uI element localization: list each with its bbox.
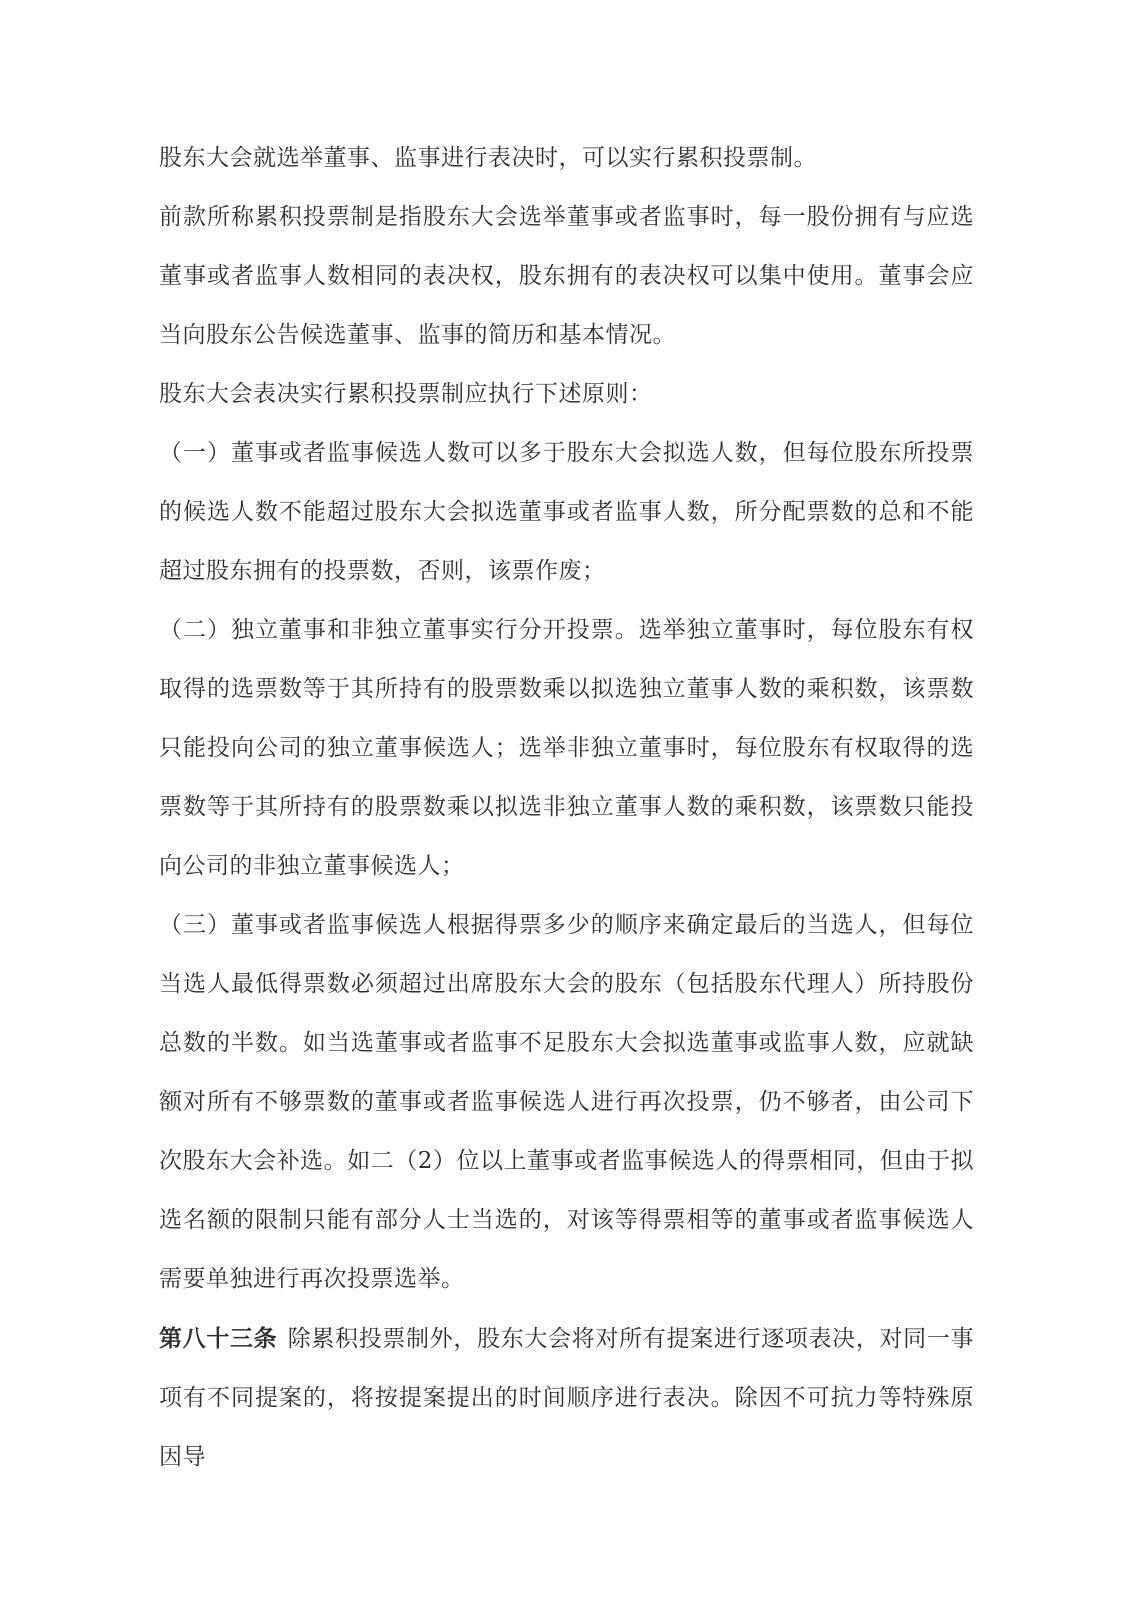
paragraph-cumulative-voting-definition: 前款所称累积投票制是指股东大会选举董事或者监事时，每一股份拥有与应选董事或者监事… <box>159 188 974 365</box>
paragraph-article-83: 第八十三条除累积投票制外，股东大会将对所有提案进行逐项表决，对同一事项有不同提案… <box>159 1309 974 1487</box>
paragraph-cumulative-voting-intro: 股东大会就选举董事、监事进行表决时，可以实行累积投票制。 <box>159 129 974 188</box>
paragraph-principle-3: （三）董事或者监事候选人根据得票多少的顺序来确定最后的当选人，但每位当选人最低得… <box>159 896 974 1309</box>
paragraph-principles-heading: 股东大会表决实行累积投票制应执行下述原则： <box>159 365 974 424</box>
paragraph-principle-2: （二）独立董事和非独立董事实行分开投票。选举独立董事时，每位股东有权取得的选票数… <box>159 601 974 896</box>
document-page: 股东大会就选举董事、监事进行表决时，可以实行累积投票制。 前款所称累积投票制是指… <box>0 0 1131 1600</box>
article-83-text: 除累积投票制外，股东大会将对所有提案进行逐项表决，对同一事项有不同提案的，将按提… <box>159 1326 974 1470</box>
paragraph-principle-1: （一）董事或者监事候选人数可以多于股东大会拟选人数，但每位股东所投票的候选人数不… <box>159 424 974 601</box>
article-83-number: 第八十三条 <box>159 1325 277 1352</box>
